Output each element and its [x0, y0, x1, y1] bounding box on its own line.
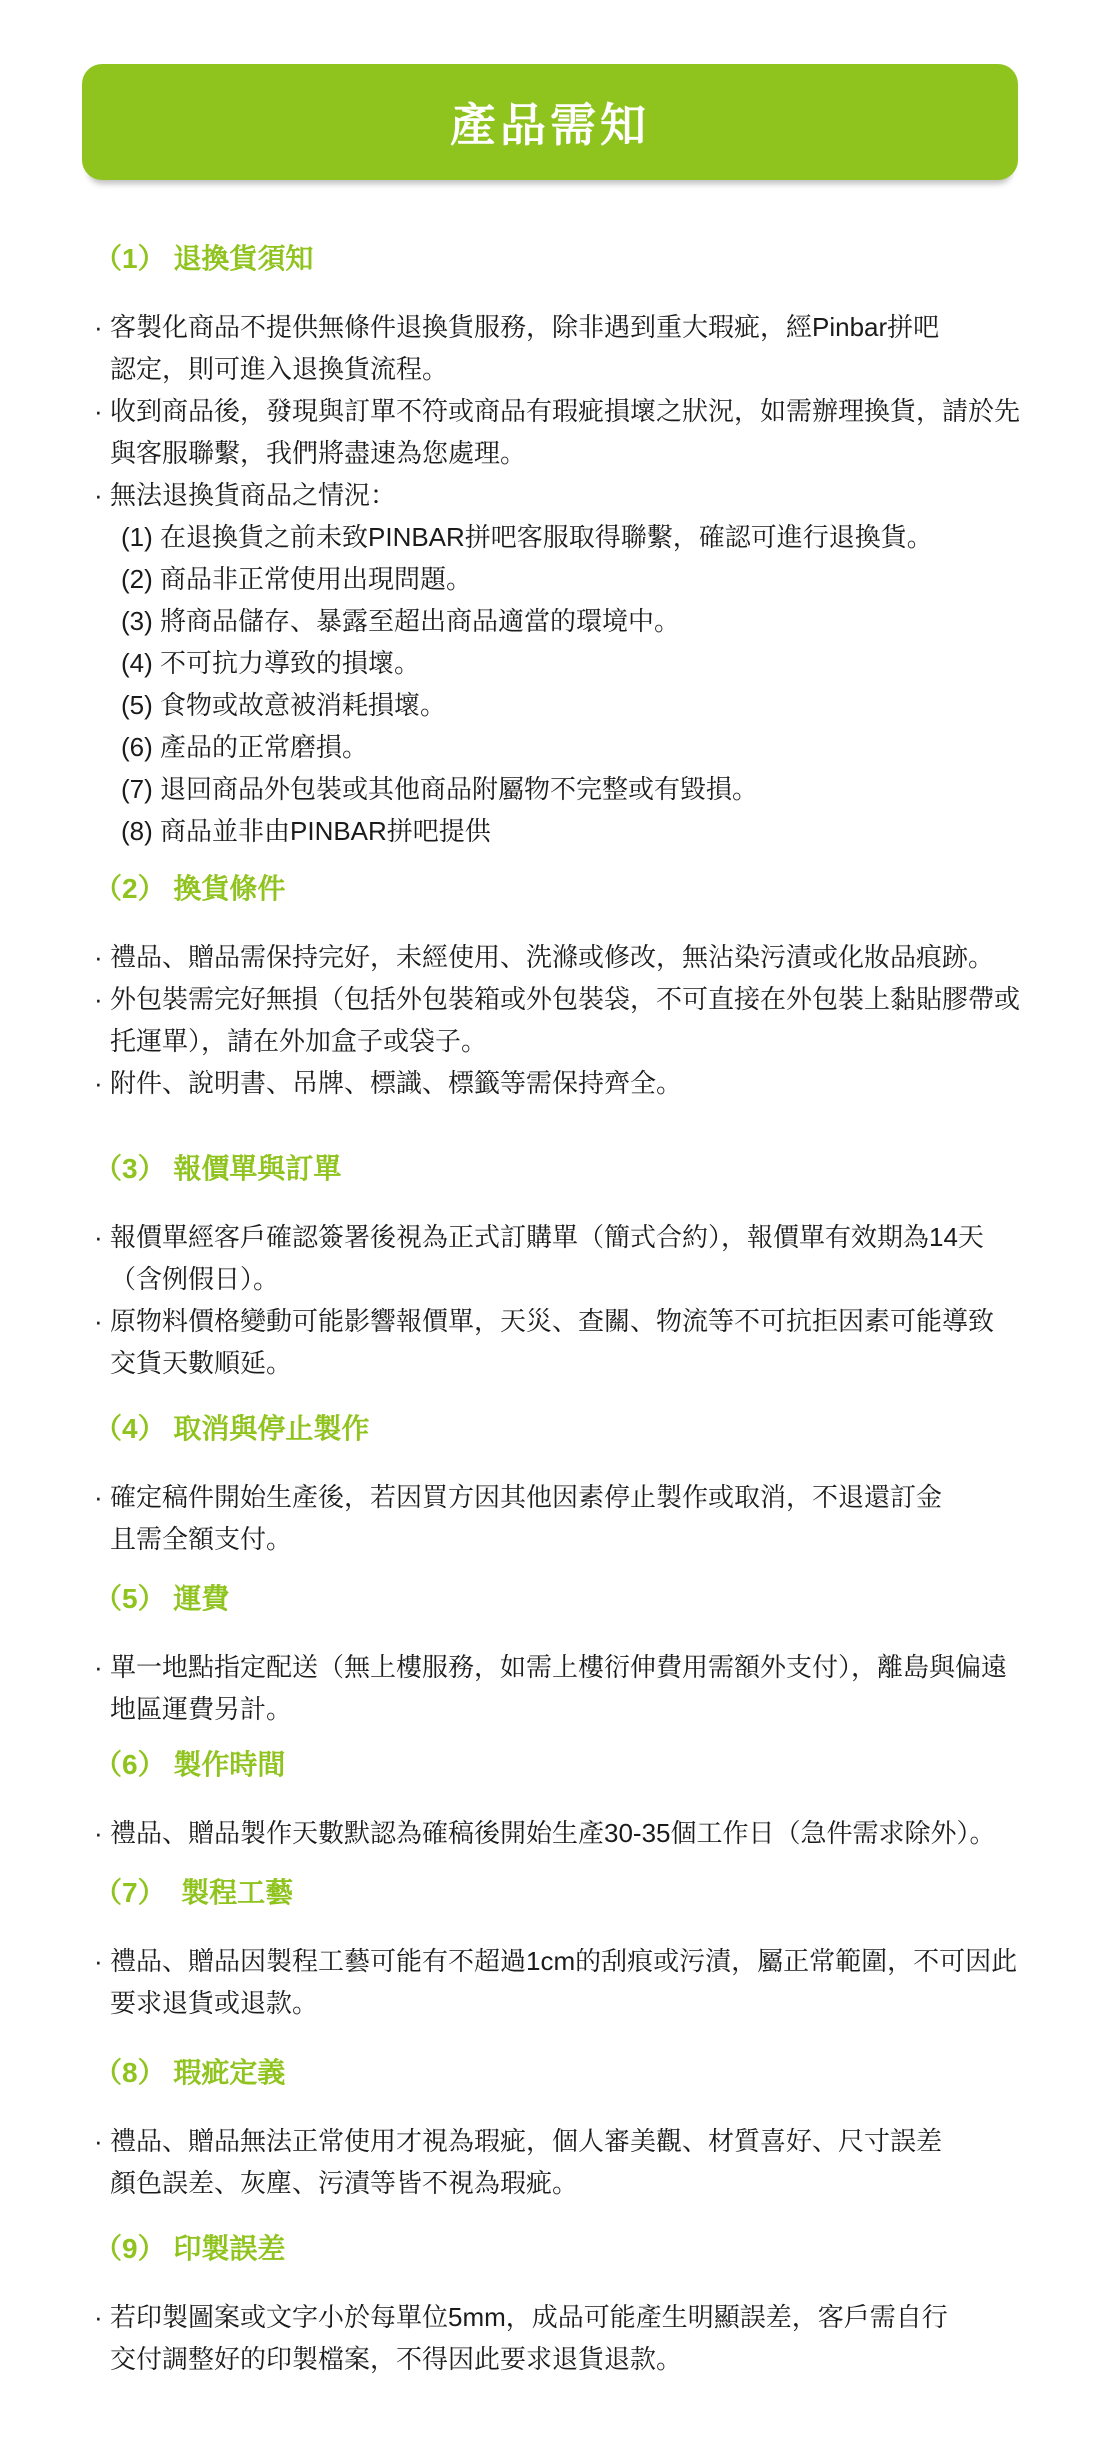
section-heading: （3） 報價單與訂單 — [94, 1148, 1060, 1190]
line-text: 禮品、贈品製作天數默認為確稿後開始生產30-35個工作日（急件需求除外）。 — [110, 1818, 996, 1848]
section-heading: （5） 運費 — [94, 1578, 1060, 1620]
bullet-marker: · — [94, 2296, 110, 2338]
line-text: (5) 食物或故意被消耗損壞。 — [121, 690, 446, 720]
bullet-line: ·外包裝需完好無損（包括外包裝箱或外包裝袋，不可直接在外包裝上黏貼膠帶或 — [94, 978, 1060, 1020]
line-text: 客製化商品不提供無條件退換貨服務，除非遇到重大瑕疵，經Pinbar拼吧 — [110, 312, 939, 342]
numbered-line: (6) 產品的正常磨損。 — [94, 726, 1060, 768]
line-text: 認定，則可進入退換貨流程。 — [110, 354, 448, 384]
line-text: （含例假日）。 — [110, 1264, 279, 1294]
numbered-line: (8) 商品並非由PINBAR拼吧提供 — [94, 810, 1060, 852]
section-5: （5） 運費·單一地點指定配送（無上樓服務，如需上樓衍伸費用需額外支付），離島與… — [94, 1578, 1060, 1730]
section-1: （1） 退換貨須知·客製化商品不提供無條件退換貨服務，除非遇到重大瑕疵，經Pin… — [94, 238, 1060, 852]
numbered-line: (3) 將商品儲存、暴露至超出商品適當的環境中。 — [94, 600, 1060, 642]
line-text: 收到商品後，發現與訂單不符或商品有瑕疵損壞之狀況，如需辦理換貨，請於先 — [110, 396, 1020, 426]
section-heading: （2） 換貨條件 — [94, 868, 1060, 910]
bullet-marker: · — [94, 978, 110, 1020]
section-body: ·禮品、贈品因製程工藝可能有不超過1cm的刮痕或污漬，屬正常範圍，不可因此要求退… — [94, 1940, 1060, 2024]
bullet-line: ·單一地點指定配送（無上樓服務，如需上樓衍伸費用需額外支付），離島與偏遠 — [94, 1646, 1060, 1688]
line-text: 交貨天數順延。 — [110, 1348, 292, 1378]
line-text: 附件、說明書、吊牌、標識、標籤等需保持齊全。 — [110, 1068, 682, 1098]
numbered-line: (2) 商品非正常使用出現問題。 — [94, 558, 1060, 600]
section-body: ·禮品、贈品製作天數默認為確稿後開始生產30-35個工作日（急件需求除外）。 — [94, 1812, 1060, 1854]
section-body: ·禮品、贈品無法正常使用才視為瑕疵，個人審美觀、材質喜好、尺寸誤差顏色誤差、灰塵… — [94, 2120, 1060, 2204]
line-text: (2) 商品非正常使用出現問題。 — [121, 564, 472, 594]
section-body: ·禮品、贈品需保持完好，未經使用、洗滌或修改，無沾染污漬或化妝品痕跡。·外包裝需… — [94, 936, 1060, 1104]
bullet-line: ·禮品、贈品因製程工藝可能有不超過1cm的刮痕或污漬，屬正常範圍，不可因此 — [94, 1940, 1060, 1982]
bullet-line: ·客製化商品不提供無條件退換貨服務，除非遇到重大瑕疵，經Pinbar拼吧 — [94, 306, 1060, 348]
continuation-line: 地區運費另計。 — [94, 1688, 1060, 1730]
continuation-line: 與客服聯繫，我們將盡速為您處理。 — [94, 432, 1060, 474]
line-text: 原物料價格變動可能影響報價單，天災、查關、物流等不可抗拒因素可能導致 — [110, 1306, 994, 1336]
line-text: 禮品、贈品需保持完好，未經使用、洗滌或修改，無沾染污漬或化妝品痕跡。 — [110, 942, 994, 972]
section-heading: （8） 瑕疵定義 — [94, 2052, 1060, 2094]
bullet-line: ·原物料價格變動可能影響報價單，天災、查關、物流等不可抗拒因素可能導致 — [94, 1300, 1060, 1342]
bullet-line: ·收到商品後，發現與訂單不符或商品有瑕疵損壞之狀況，如需辦理換貨，請於先 — [94, 390, 1060, 432]
line-text: (8) 商品並非由PINBAR拼吧提供 — [121, 816, 491, 846]
section-body: ·若印製圖案或文字小於每單位5mm，成品可能產生明顯誤差，客戶需自行交付調整好的… — [94, 2296, 1060, 2380]
line-text: 與客服聯繫，我們將盡速為您處理。 — [110, 438, 526, 468]
bullet-line: ·禮品、贈品無法正常使用才視為瑕疵，個人審美觀、材質喜好、尺寸誤差 — [94, 2120, 1060, 2162]
line-text: 禮品、贈品無法正常使用才視為瑕疵，個人審美觀、材質喜好、尺寸誤差 — [110, 2126, 942, 2156]
line-text: 外包裝需完好無損（包括外包裝箱或外包裝袋，不可直接在外包裝上黏貼膠帶或 — [110, 984, 1020, 1014]
section-2: （2） 換貨條件·禮品、贈品需保持完好，未經使用、洗滌或修改，無沾染污漬或化妝品… — [94, 868, 1060, 1104]
continuation-line: 交貨天數順延。 — [94, 1342, 1060, 1384]
line-text: 報價單經客戶確認簽署後視為正式訂購單（簡式合約），報價單有效期為14天 — [110, 1222, 984, 1252]
bullet-line: ·禮品、贈品需保持完好，未經使用、洗滌或修改，無沾染污漬或化妝品痕跡。 — [94, 936, 1060, 978]
section-9: （9） 印製誤差·若印製圖案或文字小於每單位5mm，成品可能產生明顯誤差，客戶需… — [94, 2228, 1060, 2380]
bullet-line: ·無法退換貨商品之情況： — [94, 474, 1060, 516]
section-7: （7） 製程工藝·禮品、贈品因製程工藝可能有不超過1cm的刮痕或污漬，屬正常範圍… — [94, 1872, 1060, 2024]
bullet-marker: · — [94, 1812, 110, 1854]
section-4: （4） 取消與停止製作·確定稿件開始生產後，若因買方因其他因素停止製作或取消，不… — [94, 1408, 1060, 1560]
numbered-line: (4) 不可抗力導致的損壞。 — [94, 642, 1060, 684]
line-text: (3) 將商品儲存、暴露至超出商品適當的環境中。 — [121, 606, 680, 636]
bullet-marker: · — [94, 1062, 110, 1104]
bullet-marker: · — [94, 2120, 110, 2162]
page-title: 產品需知 — [450, 89, 650, 155]
bullet-line: ·報價單經客戶確認簽署後視為正式訂購單（簡式合約），報價單有效期為14天 — [94, 1216, 1060, 1258]
line-text: (6) 產品的正常磨損。 — [121, 732, 368, 762]
line-text: 托運單），請在外加盒子或袋子。 — [110, 1026, 487, 1056]
bullet-line: ·禮品、贈品製作天數默認為確稿後開始生產30-35個工作日（急件需求除外）。 — [94, 1812, 1060, 1854]
notice-content: （1） 退換貨須知·客製化商品不提供無條件退換貨服務，除非遇到重大瑕疵，經Pin… — [0, 238, 1100, 2380]
section-body: ·單一地點指定配送（無上樓服務，如需上樓衍伸費用需額外支付），離島與偏遠地區運費… — [94, 1646, 1060, 1730]
numbered-line: (5) 食物或故意被消耗損壞。 — [94, 684, 1060, 726]
section-body: ·確定稿件開始生產後，若因買方因其他因素停止製作或取消，不退還訂金且需全額支付。 — [94, 1476, 1060, 1560]
line-text: 確定稿件開始生產後，若因買方因其他因素停止製作或取消，不退還訂金 — [110, 1482, 942, 1512]
title-banner: 產品需知 — [82, 64, 1018, 180]
numbered-line: (1) 在退換貨之前未致PINBAR拼吧客服取得聯繫，確認可進行退換貨。 — [94, 516, 1060, 558]
line-text: (1) 在退換貨之前未致PINBAR拼吧客服取得聯繫，確認可進行退換貨。 — [121, 522, 933, 552]
line-text: 若印製圖案或文字小於每單位5mm，成品可能產生明顯誤差，客戶需自行 — [110, 2302, 948, 2332]
continuation-line: 顏色誤差、灰塵、污漬等皆不視為瑕疵。 — [94, 2162, 1060, 2204]
section-heading: （7） 製程工藝 — [94, 1872, 1060, 1914]
bullet-marker: · — [94, 306, 110, 348]
bullet-marker: · — [94, 1300, 110, 1342]
continuation-line: （含例假日）。 — [94, 1258, 1060, 1300]
bullet-marker: · — [94, 474, 110, 516]
bullet-line: ·確定稿件開始生產後，若因買方因其他因素停止製作或取消，不退還訂金 — [94, 1476, 1060, 1518]
bullet-marker: · — [94, 1476, 110, 1518]
continuation-line: 要求退貨或退款。 — [94, 1982, 1060, 2024]
section-body: ·客製化商品不提供無條件退換貨服務，除非遇到重大瑕疵，經Pinbar拼吧認定，則… — [94, 306, 1060, 852]
bullet-marker: · — [94, 936, 110, 978]
line-text: 禮品、贈品因製程工藝可能有不超過1cm的刮痕或污漬，屬正常範圍，不可因此 — [110, 1946, 1017, 1976]
bullet-line: ·附件、說明書、吊牌、標識、標籤等需保持齊全。 — [94, 1062, 1060, 1104]
section-3: （3） 報價單與訂單·報價單經客戶確認簽署後視為正式訂購單（簡式合約），報價單有… — [94, 1148, 1060, 1384]
section-8: （8） 瑕疵定義·禮品、贈品無法正常使用才視為瑕疵，個人審美觀、材質喜好、尺寸誤… — [94, 2052, 1060, 2204]
section-heading: （4） 取消與停止製作 — [94, 1408, 1060, 1450]
section-heading: （6） 製作時間 — [94, 1744, 1060, 1786]
continuation-line: 托運單），請在外加盒子或袋子。 — [94, 1020, 1060, 1062]
continuation-line: 認定，則可進入退換貨流程。 — [94, 348, 1060, 390]
line-text: 要求退貨或退款。 — [110, 1988, 318, 2018]
line-text: 單一地點指定配送（無上樓服務，如需上樓衍伸費用需額外支付），離島與偏遠 — [110, 1652, 1007, 1682]
section-heading: （1） 退換貨須知 — [94, 238, 1060, 280]
line-text: (4) 不可抗力導致的損壞。 — [121, 648, 420, 678]
line-text: 地區運費另計。 — [110, 1694, 292, 1724]
bullet-marker: · — [94, 1940, 110, 1982]
continuation-line: 且需全額支付。 — [94, 1518, 1060, 1560]
line-text: 交付調整好的印製檔案，不得因此要求退貨退款。 — [110, 2344, 682, 2374]
line-text: 無法退換貨商品之情況： — [110, 480, 396, 510]
numbered-line: (7) 退回商品外包裝或其他商品附屬物不完整或有毀損。 — [94, 768, 1060, 810]
bullet-marker: · — [94, 390, 110, 432]
line-text: (7) 退回商品外包裝或其他商品附屬物不完整或有毀損。 — [121, 774, 758, 804]
bullet-line: ·若印製圖案或文字小於每單位5mm，成品可能產生明顯誤差，客戶需自行 — [94, 2296, 1060, 2338]
section-heading: （9） 印製誤差 — [94, 2228, 1060, 2270]
section-body: ·報價單經客戶確認簽署後視為正式訂購單（簡式合約），報價單有效期為14天（含例假… — [94, 1216, 1060, 1384]
bullet-marker: · — [94, 1216, 110, 1258]
section-6: （6） 製作時間·禮品、贈品製作天數默認為確稿後開始生產30-35個工作日（急件… — [94, 1744, 1060, 1854]
line-text: 顏色誤差、灰塵、污漬等皆不視為瑕疵。 — [110, 2168, 578, 2198]
bullet-marker: · — [94, 1646, 110, 1688]
continuation-line: 交付調整好的印製檔案，不得因此要求退貨退款。 — [94, 2338, 1060, 2380]
line-text: 且需全額支付。 — [110, 1524, 292, 1554]
